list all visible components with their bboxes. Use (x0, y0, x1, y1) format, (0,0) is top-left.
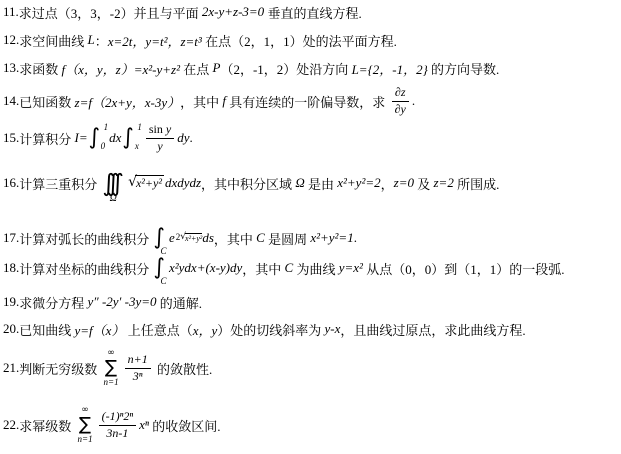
radicand: x²+y² (135, 175, 164, 190)
integral-icon: ∫C (154, 227, 168, 249)
math-expression: x²+y²=1 (310, 230, 353, 246)
fraction-numerator: n+1 (125, 353, 151, 369)
math-expression: I= (75, 130, 88, 146)
math-expression: y-x (325, 321, 341, 337)
problem-text: 具有连续的一阶偏导数，求 (226, 92, 389, 111)
problem-text: 所围成. (454, 174, 500, 193)
summation-icon: ∞∑n=1 (78, 406, 93, 444)
fraction-numerator: (-1)ⁿ2ⁿ (99, 410, 137, 426)
math-expression: Ω (295, 175, 304, 191)
problem-16: 16.计算三重积分 ∫∫∫Ω√x²+y²dxdydz，其中积分区域 Ω 是由 x… (3, 160, 499, 206)
math-expression: C (285, 260, 294, 276)
math-expression: y=f（x） (75, 320, 125, 339)
fraction-denominator: y (154, 139, 165, 154)
problem-text: 从点（0，0）到（1，1）的一段弧. (363, 259, 565, 278)
integral-domain-label: Ω (110, 194, 117, 204)
problem-20: 20.已知曲线 y=f（x） 上任意点（x，y）处的切线斜率为 y-x，且曲线过… (3, 318, 526, 340)
math-expression: ds (202, 230, 214, 246)
problem-text: ，其中 (180, 92, 222, 111)
math-expression: dy (177, 130, 189, 146)
problem-text: 的方向导数. (428, 59, 500, 78)
problem-number: 18. (3, 260, 19, 276)
problem-number: 20. (3, 321, 19, 337)
problem-number: 21. (3, 360, 19, 376)
problem-text: 判断无穷级数 (19, 359, 100, 378)
problem-number: 13. (3, 60, 19, 76)
fraction-denominator: 3n-1 (103, 426, 131, 441)
math-expression: xⁿ (139, 417, 149, 433)
problem-text: 已知曲线 (19, 320, 74, 339)
problem-number: 12. (3, 32, 19, 48)
problem-text: ，其中 (242, 259, 284, 278)
problem-text: 求过点（3，3，-2）并且与平面 (19, 3, 202, 22)
problem-text: 是由 (305, 174, 338, 193)
problem-text: （2，-1，2）处沿方向 (220, 59, 351, 78)
fraction-numerator: sin y (146, 123, 174, 139)
problem-text: . (189, 130, 192, 146)
problem-text: ，其中积分区域 (201, 174, 295, 193)
exponent-group: 2√x²+y² (176, 233, 203, 244)
problem-text: 计算三重积分 (19, 174, 100, 193)
problem-22: 22.求幂级数 ∞∑n=1(-1)ⁿ2ⁿ3n-1xⁿ 的收敛区间. (3, 400, 221, 450)
problem-18: 18.计算对坐标的曲线积分 ∫Cx²ydx+(x-y)dy，其中 C 为曲线 y… (3, 251, 564, 285)
math-expression: P (213, 60, 221, 76)
summation-lower-limit: n=1 (104, 378, 119, 387)
summation-icon: ∞∑n=1 (104, 349, 119, 387)
integral-icon: ∫10 (89, 127, 108, 149)
integral-lower-limit: 0 (101, 142, 106, 151)
problem-number: 16. (3, 175, 19, 191)
problem-21: 21.判断无穷级数 ∞∑n=1n+13ⁿ 的敛散性. (3, 346, 212, 390)
problem-17: 17.计算对弧长的曲线积分 ∫Ce2√x²+y²ds，其中 C 是圆周 x²+y… (3, 221, 357, 255)
problem-text: 计算对坐标的曲线积分 (19, 259, 152, 278)
problem-14: 14.已知函数 z=f（2x+y，x-3y），其中 f 具有连续的一阶偏导数，求… (3, 82, 415, 120)
summation-sign: ∑ (79, 416, 91, 434)
problem-text: 是圆周 (265, 229, 311, 248)
math-expression: e (169, 230, 175, 246)
problem-text: 求函数 (19, 59, 61, 78)
integral-path-label: C (161, 277, 167, 286)
math-expression: f（x，y，z）=x²-y+z² (62, 59, 180, 78)
radicand: x²+y² (185, 233, 202, 244)
problem-text: ）处的切线斜率为 (217, 320, 324, 339)
problem-text: 求空间曲线 (19, 31, 87, 50)
function-name: sin (149, 122, 166, 136)
problem-text: ： (95, 31, 108, 50)
integral-lower-limit: x (135, 142, 139, 151)
problem-12: 12.求空间曲线 L：x=2t，y=t²，z=t³ 在点（2，1，1）处的法平面… (3, 29, 397, 51)
problem-number: 22. (3, 417, 19, 433)
problem-text: . (354, 230, 357, 246)
math-expression: 2x-y+z-3=0 (202, 4, 264, 20)
sqrt-icon: √x²+y² (128, 175, 164, 190)
problem-11: 11.求过点（3，3，-2）并且与平面 2x-y+z-3=0 垂直的直线方程. (3, 1, 362, 23)
problem-number: 15. (3, 130, 19, 146)
problem-text: 求幂级数 (19, 416, 74, 435)
problem-text: . (412, 93, 415, 109)
problem-number: 14. (3, 93, 19, 109)
problem-text: 的收敛区间. (149, 416, 221, 435)
math-expression: z=0 (394, 175, 414, 191)
math-problems-document: { "page": { "background": "#ffffff", "te… (0, 0, 621, 454)
problem-number: 19. (3, 294, 19, 310)
math-expression: x²ydx+(x-y)dy (169, 260, 242, 276)
fraction: n+13ⁿ (125, 353, 151, 384)
math-expression: x，y (193, 320, 218, 339)
math-expression: dxdydz (165, 175, 201, 191)
variable: y (166, 122, 171, 136)
problem-13: 13.求函数 f（x，y，z）=x²-y+z² 在点 P（2，-1，2）处沿方向… (3, 57, 499, 79)
problem-number: 17. (3, 230, 19, 246)
problem-text: 已知函数 (19, 92, 74, 111)
integral-sign: ∫ (122, 125, 133, 150)
problem-text: ， (381, 174, 394, 193)
fraction: sin yy (146, 123, 174, 154)
problem-text: 上任意点（ (124, 320, 192, 339)
integral-icon: ∫1x (122, 127, 141, 149)
problem-text: 计算积分 (19, 129, 74, 148)
math-expression: x²+y²=2 (337, 175, 380, 191)
problem-text: 在点（2，1，1）处的法平面方程. (202, 31, 397, 50)
problem-number: 11. (3, 4, 19, 20)
problem-text: ，且曲线过原点，求此曲线方程. (340, 320, 525, 339)
math-expression: C (256, 230, 265, 246)
math-expression: y=x² (339, 260, 363, 276)
problem-text: 为曲线 (293, 259, 339, 278)
problem-text: 垂直的直线方程. (264, 3, 362, 22)
triple-integral-icon: ∫∫∫Ω (103, 171, 125, 195)
partial-derivative-fraction: ∂z∂y (392, 86, 409, 117)
problem-text: 的敛散性. (154, 359, 213, 378)
fraction: (-1)ⁿ2ⁿ3n-1 (99, 410, 137, 441)
fraction-denominator: ∂y (392, 102, 409, 117)
fraction-denominator: 3ⁿ (130, 369, 146, 384)
problem-text: 的通解. (157, 293, 203, 312)
integral-upper-limit: 1 (137, 123, 142, 132)
problem-text: 及 (414, 174, 434, 193)
summation-sign: ∑ (105, 359, 117, 377)
problem-text: 计算对弧长的曲线积分 (19, 229, 152, 248)
math-expression: L (88, 32, 95, 48)
problem-text: 求微分方程 (19, 293, 87, 312)
math-expression: y″ -2y′ -3y=0 (88, 294, 157, 310)
fraction-numerator: ∂z (392, 86, 409, 102)
math-expression: z=2 (434, 175, 454, 191)
integral-icon: ∫C (154, 257, 168, 279)
problem-15: 15.计算积分 I=∫10dx∫1xsin yydy. (3, 120, 193, 156)
math-expression: L={2，-1，2} (352, 59, 428, 78)
summation-lower-limit: n=1 (78, 435, 93, 444)
integral-upper-limit: 1 (104, 123, 109, 132)
math-expression: z=f（2x+y，x-3y） (75, 92, 181, 111)
problem-text: 在点 (180, 59, 213, 78)
math-expression: dx (109, 130, 121, 146)
math-expression: x=2t，y=t²，z=t³ (108, 31, 202, 50)
integral-sign: ∫ (89, 125, 100, 150)
problem-text: ，其中 (214, 229, 256, 248)
problem-19: 19.求微分方程 y″ -2y′ -3y=0 的通解. (3, 291, 202, 313)
